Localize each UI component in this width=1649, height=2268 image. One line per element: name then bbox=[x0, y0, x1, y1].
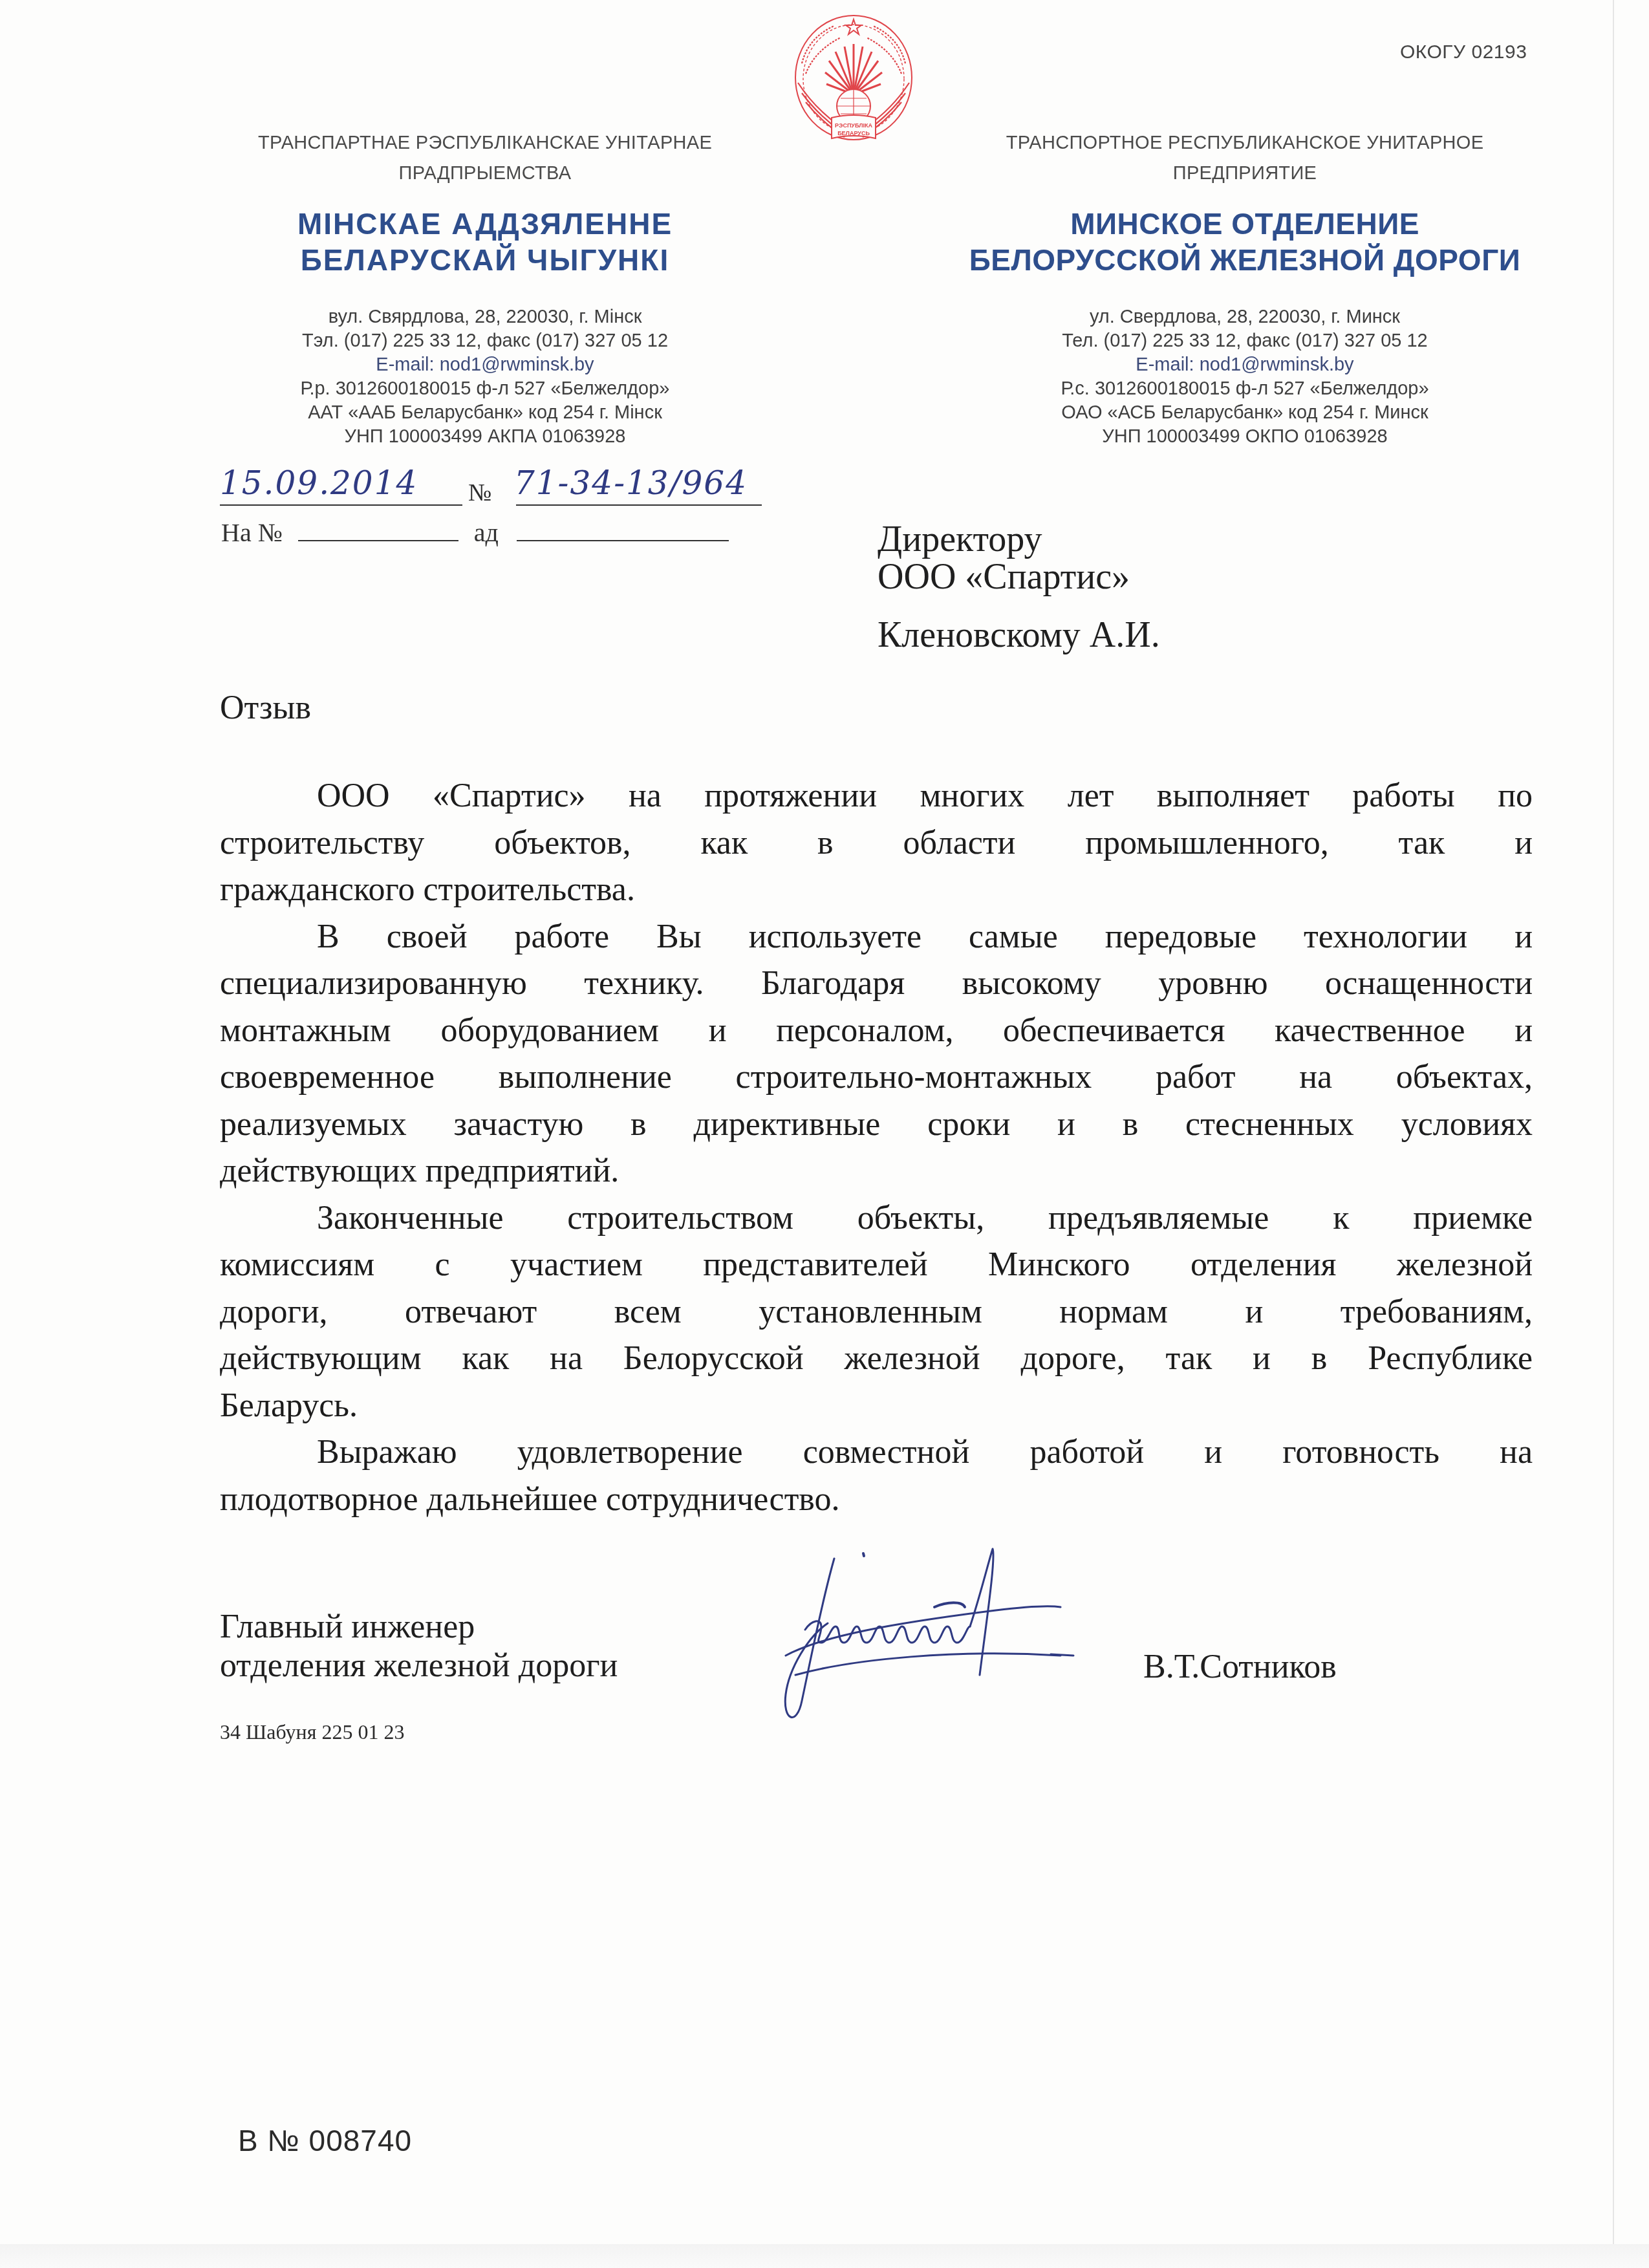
email-ru: E-mail: nod1@rwminsk.by bbox=[918, 353, 1571, 377]
scan-fold-line bbox=[1613, 0, 1614, 2268]
scan-bottom-edge bbox=[0, 2244, 1649, 2268]
reply-reference-line: На № ад bbox=[221, 517, 729, 548]
registration-number: 71-34-13/964 bbox=[514, 464, 748, 502]
signer-title: Главный инженер отделения железной дорог… bbox=[220, 1608, 618, 1685]
okogu-code: ОКОГУ 02193 bbox=[1400, 41, 1527, 63]
enterprise-name-ru: МИНСКОЕ ОТДЕЛЕНИЕ БЕЛОРУССКОЙ ЖЕЛЕЗНОЙ Д… bbox=[918, 206, 1571, 278]
reply-to-label: На № bbox=[221, 518, 283, 547]
addressee-organization: ООО «Спартис» bbox=[878, 558, 1160, 596]
executor-contact: 34 Шабуня 225 01 23 bbox=[220, 1720, 404, 1744]
enterprise-name-by: МІНСКАЕ АДДЗЯЛЕННЕ БЕЛАРУСКАЙ ЧЫГУНКІ bbox=[194, 206, 776, 278]
registration-date: 15.09.2014 bbox=[220, 464, 418, 502]
reply-date-field bbox=[517, 523, 729, 541]
number-label: № bbox=[468, 479, 491, 507]
paragraph-4: Выражаю удовлетворение совместной работо… bbox=[220, 1429, 1533, 1523]
letterhead-left-belarusian: ТРАНСПАРТНАЕ РЭСПУБЛІКАНСКАЕ УНІТАРНАЕ П… bbox=[194, 128, 776, 449]
paragraph-1: ООО «Спартис» на протяжении многих лет в… bbox=[220, 773, 1533, 914]
registration-line: 15.09.2014 № 71-34-13/964 bbox=[207, 464, 763, 510]
address-ru: ул. Свердлова, 28, 220030, г. Минск bbox=[918, 305, 1571, 329]
paragraph-2: В своей работе Вы используете самые пере… bbox=[220, 914, 1533, 1195]
phone-ru: Тел. (017) 225 33 12, факс (017) 327 05 … bbox=[918, 329, 1571, 353]
letterhead-right-russian: ТРАНСПОРТНОЕ РЕСПУБЛИКАНСКОЕ УНИТАРНОЕ П… bbox=[918, 128, 1571, 449]
number-underline bbox=[516, 504, 762, 506]
bank-by: ААТ «ААБ Беларусбанк» код 254 г. Мінск bbox=[194, 401, 776, 425]
svg-text:РЭСПУБЛІКА: РЭСПУБЛІКА bbox=[835, 122, 873, 129]
svg-text:БЕЛАРУСЬ: БЕЛАРУСЬ bbox=[837, 130, 870, 136]
reply-from-label: ад bbox=[474, 518, 499, 547]
bank-account-by: Р.р. 3012600180015 ф-л 527 «Белжелдор» bbox=[194, 377, 776, 401]
bank-ru: ОАО «АСБ Беларусбанк» код 254 г. Минск bbox=[918, 401, 1571, 425]
date-underline bbox=[220, 504, 462, 506]
enterprise-type-ru: ТРАНСПОРТНОЕ РЕСПУБЛИКАНСКОЕ УНИТАРНОЕ П… bbox=[918, 128, 1571, 189]
handwritten-signature-icon bbox=[724, 1546, 1125, 1740]
phone-by: Тэл. (017) 225 33 12, факс (017) 327 05 … bbox=[194, 329, 776, 353]
addressee-name: Кленовскому А.И. bbox=[878, 616, 1160, 654]
letter-body: ООО «Спартис» на протяжении многих лет в… bbox=[220, 773, 1533, 1523]
email-by: E-mail: nod1@rwminsk.by bbox=[194, 353, 776, 377]
tax-ids-by: УНП 100003499 АКПА 01063928 bbox=[194, 425, 776, 449]
signer-name: В.Т.Сотников bbox=[1143, 1648, 1337, 1686]
document-title: Отзыв bbox=[220, 689, 311, 727]
enterprise-type-by: ТРАНСПАРТНАЕ РЭСПУБЛІКАНСКАЕ УНІТАРНАЕ П… bbox=[194, 128, 776, 189]
paragraph-3: Законченные строительством объекты, пред… bbox=[220, 1195, 1533, 1430]
addressee-block: Директору ООО «Спартис» Кленовскому А.И. bbox=[878, 521, 1160, 654]
letter-page: ОКОГУ 02193 bbox=[0, 0, 1649, 2268]
form-serial-number: В № 008740 bbox=[238, 2123, 412, 2158]
address-by: вул. Свярдлова, 28, 220030, г. Мінск bbox=[194, 305, 776, 329]
contacts-by: вул. Свярдлова, 28, 220030, г. Мінск Тэл… bbox=[194, 305, 776, 449]
reply-to-number-field bbox=[298, 523, 458, 541]
contacts-ru: ул. Свердлова, 28, 220030, г. Минск Тел.… bbox=[918, 305, 1571, 449]
tax-ids-ru: УНП 100003499 ОКПО 01063928 bbox=[918, 425, 1571, 449]
addressee-position: Директору bbox=[878, 521, 1160, 558]
bank-account-ru: Р.с. 3012600180015 ф-л 527 «Белжелдор» bbox=[918, 377, 1571, 401]
belarus-coat-of-arms-icon: РЭСПУБЛІКА БЕЛАРУСЬ bbox=[782, 12, 925, 145]
